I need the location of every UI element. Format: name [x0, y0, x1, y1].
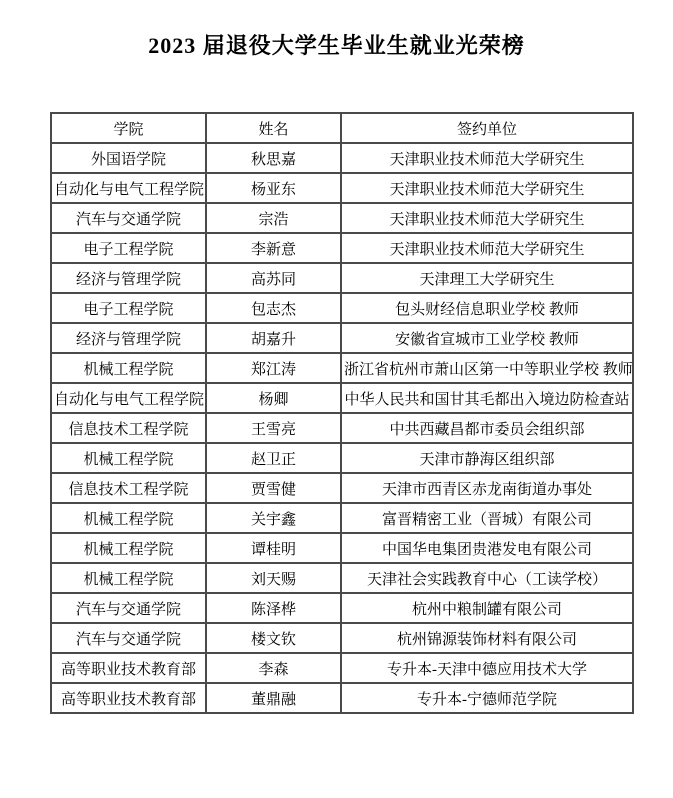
table-row: 机械工程学院赵卫正天津市静海区组织部 [51, 443, 633, 473]
name-cell: 宗浩 [206, 203, 341, 233]
college-cell: 电子工程学院 [51, 233, 206, 263]
college-cell: 外国语学院 [51, 143, 206, 173]
college-cell: 机械工程学院 [51, 533, 206, 563]
page-title: 2023 届退役大学生毕业生就业光荣榜 [0, 0, 673, 59]
name-cell: 包志杰 [206, 293, 341, 323]
college-cell: 汽车与交通学院 [51, 623, 206, 653]
employer-cell: 天津职业技术师范大学研究生 [341, 233, 633, 263]
table-row: 电子工程学院李新意天津职业技术师范大学研究生 [51, 233, 633, 263]
college-cell: 经济与管理学院 [51, 323, 206, 353]
college-cell: 高等职业技术教育部 [51, 653, 206, 683]
table-row: 信息技术工程学院贾雪健天津市西青区赤龙南街道办事处 [51, 473, 633, 503]
name-cell: 秋思嘉 [206, 143, 341, 173]
college-cell: 高等职业技术教育部 [51, 683, 206, 713]
name-cell: 陈泽桦 [206, 593, 341, 623]
college-cell: 信息技术工程学院 [51, 473, 206, 503]
table-row: 高等职业技术教育部董鼎融专升本-宁德师范学院 [51, 683, 633, 713]
name-cell: 楼文钦 [206, 623, 341, 653]
employer-cell: 专升本-天津中德应用技术大学 [341, 653, 633, 683]
name-cell: 王雪亮 [206, 413, 341, 443]
college-cell: 机械工程学院 [51, 443, 206, 473]
employer-cell: 中华人民共和国甘其毛都出入境边防检查站 [341, 383, 633, 413]
college-cell: 信息技术工程学院 [51, 413, 206, 443]
employer-cell: 富晋精密工业（晋城）有限公司 [341, 503, 633, 533]
table-row: 电子工程学院包志杰包头财经信息职业学校 教师 [51, 293, 633, 323]
table-body: 外国语学院秋思嘉天津职业技术师范大学研究生自动化与电气工程学院杨亚东天津职业技术… [51, 143, 633, 713]
table-row: 机械工程学院刘天赐天津社会实践教育中心（工读学校） [51, 563, 633, 593]
table-row: 汽车与交通学院宗浩天津职业技术师范大学研究生 [51, 203, 633, 233]
table-header-row: 学院 姓名 签约单位 [51, 113, 633, 143]
college-cell: 机械工程学院 [51, 563, 206, 593]
employer-cell: 包头财经信息职业学校 教师 [341, 293, 633, 323]
name-cell: 李森 [206, 653, 341, 683]
college-cell: 机械工程学院 [51, 503, 206, 533]
employer-cell: 天津职业技术师范大学研究生 [341, 143, 633, 173]
employer-cell: 浙江省杭州市萧山区第一中等职业学校 教师 [341, 353, 633, 383]
name-cell: 胡嘉升 [206, 323, 341, 353]
table-row: 经济与管理学院胡嘉升安徽省宣城市工业学校 教师 [51, 323, 633, 353]
name-cell: 李新意 [206, 233, 341, 263]
employer-cell: 天津市西青区赤龙南街道办事处 [341, 473, 633, 503]
name-cell: 谭桂明 [206, 533, 341, 563]
employer-cell: 天津社会实践教育中心（工读学校） [341, 563, 633, 593]
column-header-name: 姓名 [206, 113, 341, 143]
name-cell: 杨卿 [206, 383, 341, 413]
college-cell: 汽车与交通学院 [51, 203, 206, 233]
document-page: 2023 届退役大学生毕业生就业光荣榜 学院 姓名 签约单位 外国语学院秋思嘉天… [0, 0, 673, 798]
employer-cell: 专升本-宁德师范学院 [341, 683, 633, 713]
table-row: 机械工程学院谭桂明中国华电集团贵港发电有限公司 [51, 533, 633, 563]
name-cell: 贾雪健 [206, 473, 341, 503]
name-cell: 郑江涛 [206, 353, 341, 383]
college-cell: 汽车与交通学院 [51, 593, 206, 623]
employment-honor-roll-table: 学院 姓名 签约单位 外国语学院秋思嘉天津职业技术师范大学研究生自动化与电气工程… [50, 112, 634, 714]
table-row: 机械工程学院郑江涛浙江省杭州市萧山区第一中等职业学校 教师 [51, 353, 633, 383]
table-row: 信息技术工程学院王雪亮中共西藏昌都市委员会组织部 [51, 413, 633, 443]
name-cell: 刘天赐 [206, 563, 341, 593]
name-cell: 杨亚东 [206, 173, 341, 203]
name-cell: 董鼎融 [206, 683, 341, 713]
name-cell: 关宇鑫 [206, 503, 341, 533]
name-cell: 高苏同 [206, 263, 341, 293]
employer-cell: 杭州锦源装饰材料有限公司 [341, 623, 633, 653]
name-cell: 赵卫正 [206, 443, 341, 473]
table-row: 汽车与交通学院楼文钦杭州锦源装饰材料有限公司 [51, 623, 633, 653]
table-row: 机械工程学院关宇鑫富晋精密工业（晋城）有限公司 [51, 503, 633, 533]
column-header-employer: 签约单位 [341, 113, 633, 143]
table-row: 经济与管理学院高苏同天津理工大学研究生 [51, 263, 633, 293]
table-row: 高等职业技术教育部李森专升本-天津中德应用技术大学 [51, 653, 633, 683]
employer-cell: 安徽省宣城市工业学校 教师 [341, 323, 633, 353]
employer-cell: 中共西藏昌都市委员会组织部 [341, 413, 633, 443]
employer-cell: 天津理工大学研究生 [341, 263, 633, 293]
employer-cell: 天津职业技术师范大学研究生 [341, 173, 633, 203]
table-row: 外国语学院秋思嘉天津职业技术师范大学研究生 [51, 143, 633, 173]
college-cell: 经济与管理学院 [51, 263, 206, 293]
college-cell: 自动化与电气工程学院 [51, 383, 206, 413]
employer-cell: 天津市静海区组织部 [341, 443, 633, 473]
college-cell: 机械工程学院 [51, 353, 206, 383]
employer-cell: 杭州中粮制罐有限公司 [341, 593, 633, 623]
employer-cell: 中国华电集团贵港发电有限公司 [341, 533, 633, 563]
table-row: 自动化与电气工程学院杨卿中华人民共和国甘其毛都出入境边防检查站 [51, 383, 633, 413]
employer-cell: 天津职业技术师范大学研究生 [341, 203, 633, 233]
table-row: 汽车与交通学院陈泽桦杭州中粮制罐有限公司 [51, 593, 633, 623]
table-row: 自动化与电气工程学院杨亚东天津职业技术师范大学研究生 [51, 173, 633, 203]
college-cell: 电子工程学院 [51, 293, 206, 323]
college-cell: 自动化与电气工程学院 [51, 173, 206, 203]
column-header-college: 学院 [51, 113, 206, 143]
